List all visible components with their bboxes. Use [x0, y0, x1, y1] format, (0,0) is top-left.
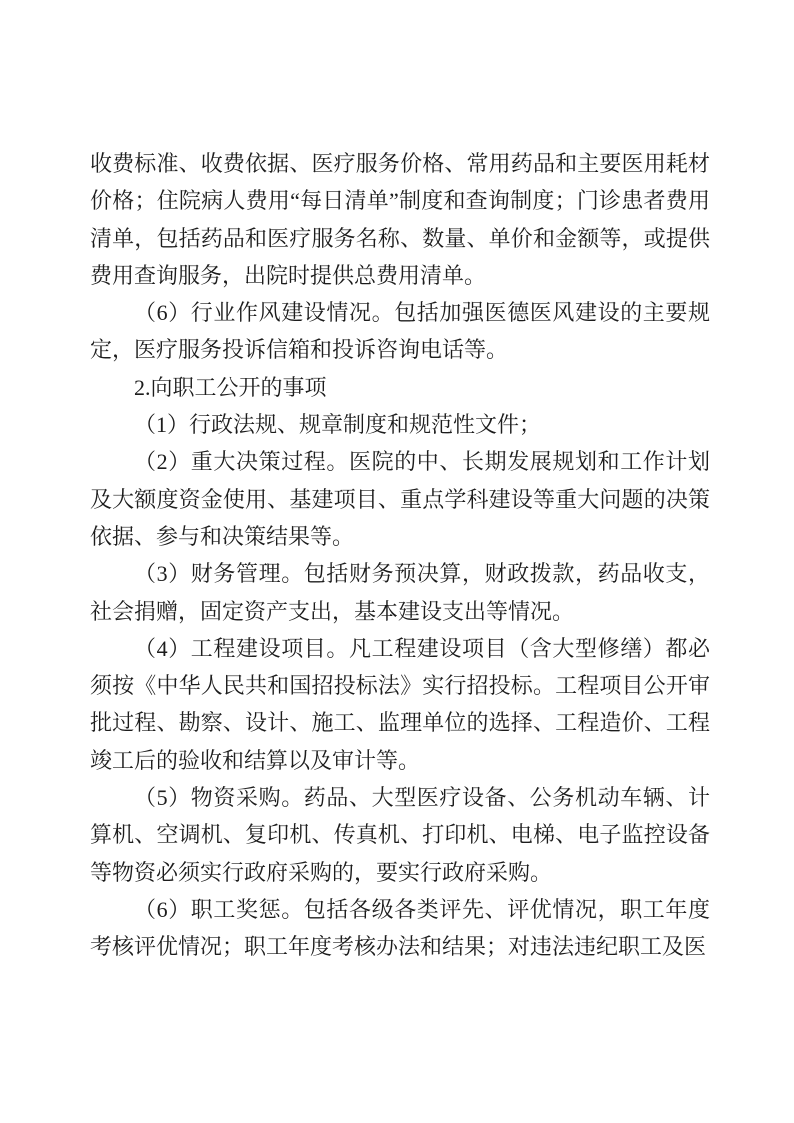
paragraph-item4-construction-projects: （4）工程建设项目。凡工程建设项目（含大型修缮）都必须按《中华人民共和国招投标法… [90, 630, 710, 779]
paragraph-heading-staff-disclosure: 2.向职工公开的事项 [90, 369, 710, 406]
paragraph-item2-major-decisions: （2）重大决策过程。医院的中、长期发展规划和工作计划及大额度资金使用、基建项目、… [90, 443, 710, 555]
paragraph-fees-continuation: 收费标准、收费依据、医疗服务价格、常用药品和主要医用耗材价格；住院病人费用“每日… [90, 145, 710, 294]
paragraph-item6-industry-conduct: （6）行业作风建设情况。包括加强医德医风建设的主要规定，医疗服务投诉信箱和投诉咨… [90, 294, 710, 369]
paragraph-item5-procurement: （5）物资采购。药品、大型医疗设备、公务机动车辆、计算机、空调机、复印机、传真机… [90, 779, 710, 891]
document-page: 收费标准、收费依据、医疗服务价格、常用药品和主要医用耗材价格；住院病人费用“每日… [0, 0, 794, 1123]
paragraph-item1-regulations: （1）行政法规、规章制度和规范性文件； [90, 406, 710, 443]
paragraph-item3-financial-management: （3）财务管理。包括财务预决算，财政拨款，药品收支，社会捐赠，固定资产支出，基本… [90, 555, 710, 630]
paragraph-item6-staff-rewards: （6）职工奖惩。包括各级各类评先、评优情况，职工年度考核评优情况；职工年度考核办… [90, 891, 710, 966]
document-text-block: 收费标准、收费依据、医疗服务价格、常用药品和主要医用耗材价格；住院病人费用“每日… [90, 145, 710, 966]
